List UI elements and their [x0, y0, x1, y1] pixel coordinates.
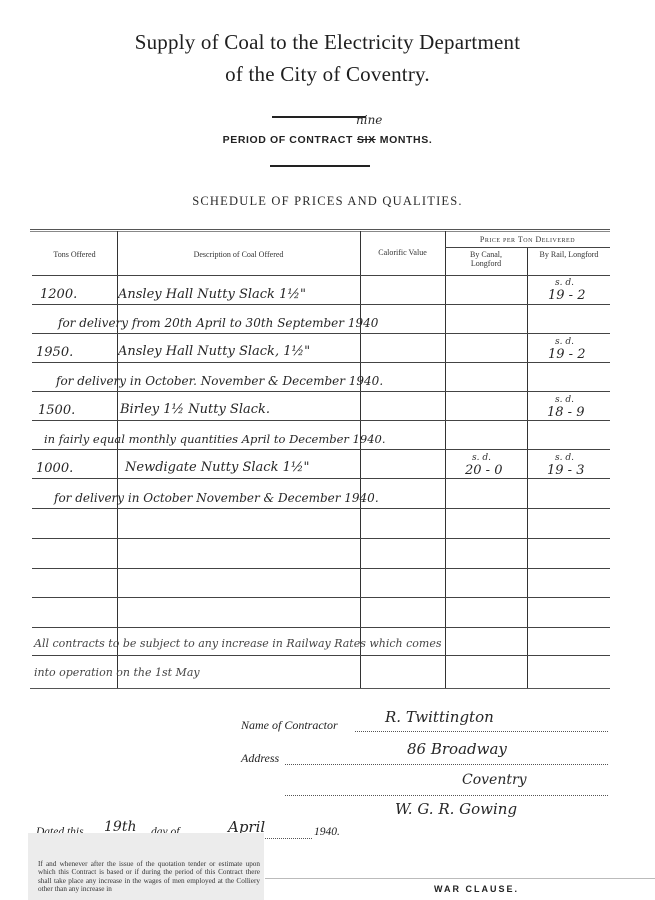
- description-cell: Birley 1½ Nutty Slack.: [120, 402, 270, 417]
- header-by-canal: By Canal, Longford: [455, 250, 517, 268]
- period-prefix: PERIOD OF CONTRACT: [223, 134, 353, 146]
- canal-price-cell: 20 - 0: [465, 463, 502, 478]
- header-sub-rule: [445, 247, 610, 248]
- war-clause-title: WAR CLAUSE.: [434, 884, 519, 894]
- header-tons-offered: Tons Offered: [32, 250, 117, 259]
- currency-units: s. d.: [555, 337, 574, 347]
- row-rule: [32, 597, 610, 598]
- document-title-line-1: Supply of Coal to the Electricity Depart…: [0, 30, 655, 55]
- description-cell: Ansley Hall Nutty Slack, 1½": [118, 344, 310, 359]
- schedule-title: SCHEDULE OF PRICES AND QUALITIES.: [0, 194, 655, 209]
- address-line-2: Coventry: [462, 772, 527, 788]
- header-by-rail: By Rail, Longford: [535, 250, 603, 259]
- column-divider: [527, 247, 528, 688]
- row-rule: [32, 391, 610, 392]
- description-cell: for delivery from 20th April to 30th Sep…: [58, 316, 378, 330]
- row-rule: [32, 333, 610, 334]
- divider-bottom: [270, 165, 370, 167]
- description-cell: for delivery in October November & Decem…: [54, 491, 379, 505]
- row-rule: [32, 568, 610, 569]
- address-label: Address: [241, 751, 279, 766]
- currency-units: s. d.: [555, 453, 574, 463]
- row-rule: [32, 655, 610, 656]
- period-of-contract: PERIOD OF CONTRACTSIXMONTHS.: [0, 134, 655, 146]
- currency-units: s. d.: [555, 395, 574, 405]
- row-rule: [32, 449, 610, 450]
- war-clause-rule: [265, 878, 655, 879]
- row-rule: [32, 508, 610, 509]
- row-rule: [32, 362, 610, 363]
- dated-year: 1940.: [314, 826, 340, 838]
- divider-top: [272, 116, 366, 118]
- row-rule: [32, 538, 610, 539]
- rail-price-cell: 19 - 3: [547, 463, 584, 478]
- rail-price-cell: 19 - 2: [548, 347, 585, 362]
- row-rule: [32, 304, 610, 305]
- signature: W. G. R. Gowing: [395, 800, 517, 818]
- column-divider: [360, 231, 361, 688]
- tons-cell: 1950.: [36, 345, 73, 360]
- contract-note-line-1: All contracts to be subject to any incre…: [34, 637, 442, 650]
- address-line-1: 86 Broadway: [407, 740, 507, 758]
- currency-units: s. d.: [555, 278, 574, 288]
- tons-cell: 1200.: [40, 287, 77, 302]
- period-suffix: MONTHS.: [380, 134, 433, 146]
- row-rule: [32, 627, 610, 628]
- table-top-rule: [30, 229, 610, 230]
- contractor-name-label: Name of Contractor: [241, 718, 338, 733]
- handwritten-correction-nine: nine: [356, 113, 382, 127]
- description-cell: Ansley Hall Nutty Slack 1½": [118, 287, 306, 302]
- rail-price-cell: 18 - 9: [547, 405, 584, 420]
- document-title-line-2: of the City of Coventry.: [0, 62, 655, 87]
- contractor-name-value: R. Twittington: [385, 708, 494, 726]
- address-field-line-2: [285, 795, 608, 796]
- currency-units: s. d.: [472, 453, 491, 463]
- header-price-per-ton: Price per Ton Delivered: [445, 235, 610, 244]
- description-cell: Newdigate Nutty Slack 1½": [125, 460, 309, 475]
- header-description: Description of Coal Offered: [117, 250, 360, 259]
- rail-price-cell: 19 - 2: [548, 288, 585, 303]
- row-rule: [32, 275, 610, 276]
- column-divider: [445, 231, 446, 688]
- row-rule: [32, 420, 610, 421]
- tons-cell: 1500.: [38, 403, 75, 418]
- header-calorific-value: Calorific Value: [360, 248, 445, 257]
- row-rule: [32, 478, 610, 479]
- contract-note-line-2: into operation on the 1st May: [34, 666, 200, 679]
- description-cell: in fairly equal monthly quantities April…: [44, 432, 386, 446]
- tons-cell: 1000.: [36, 461, 73, 476]
- period-struck-word: SIX: [357, 134, 376, 146]
- address-field-line-1: [285, 764, 608, 765]
- table-bottom-rule: [30, 688, 610, 689]
- contractor-name-field-line: [355, 731, 608, 732]
- war-clause-text: If and whenever after the issue of the q…: [38, 860, 260, 894]
- description-cell: for delivery in October. November & Dece…: [56, 374, 383, 388]
